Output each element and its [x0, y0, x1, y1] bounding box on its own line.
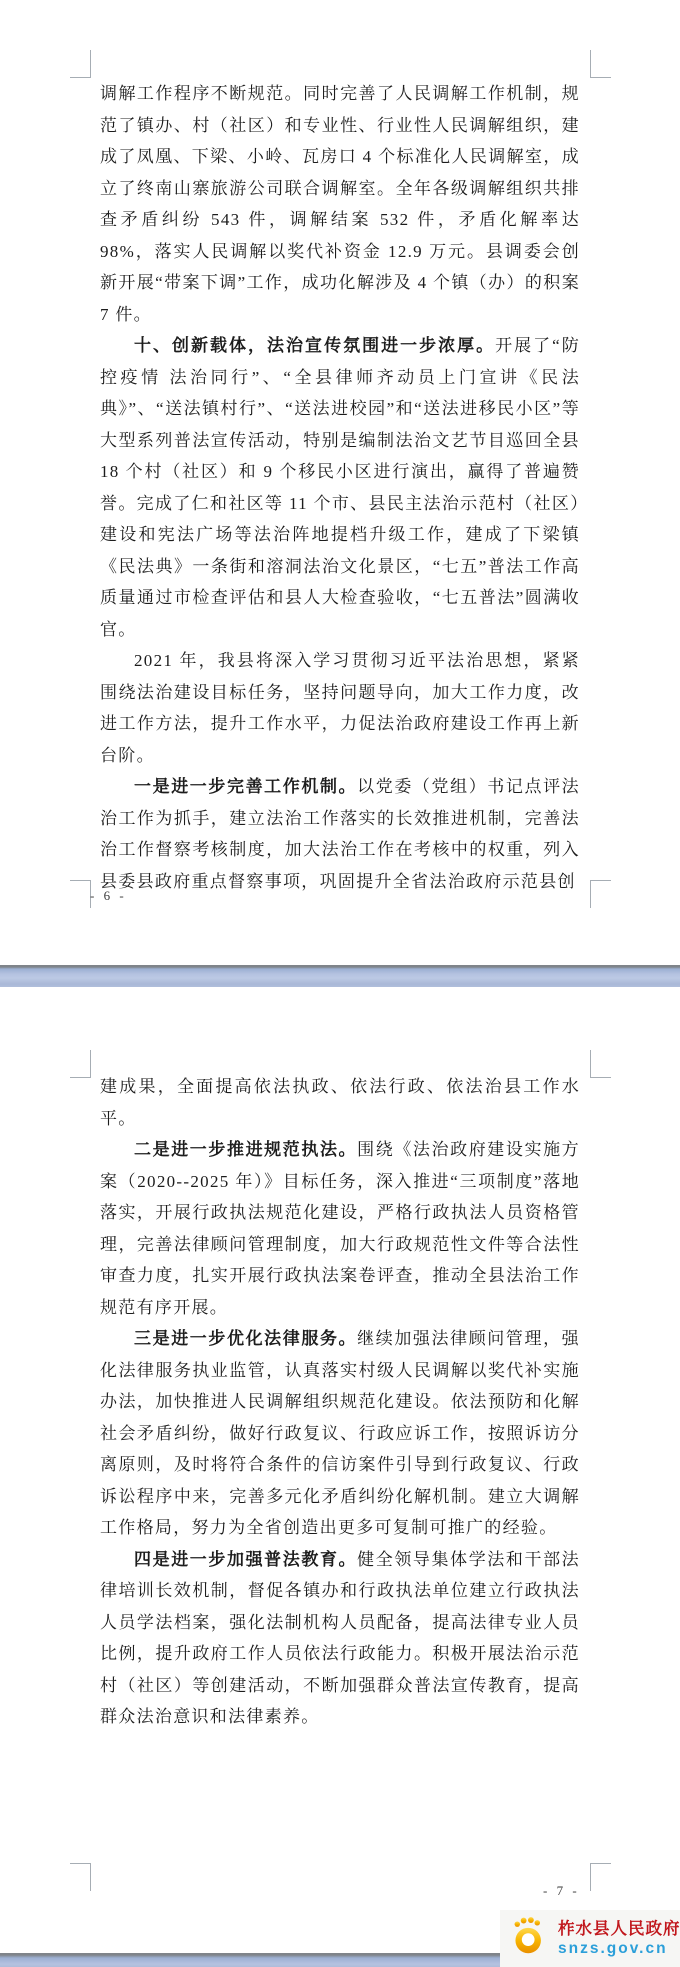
crop-mark [590, 1863, 611, 1891]
paragraph-lead: 二是进一步推进规范执法。 [134, 1140, 357, 1159]
paragraph-lead: 一是进一步完善工作机制。 [134, 777, 357, 796]
paragraph-lead: 四是进一步加强普法教育。 [134, 1550, 357, 1569]
paragraph: 四是进一步加强普法教育。健全领导集体学法和干部法律培训长效机制，督促各镇办和行政… [100, 1544, 580, 1733]
crop-mark [70, 1050, 91, 1078]
page-text-area: 建成果，全面提高依法执政、依法行政、依法治县工作水平。 二是进一步推进规范执法。… [0, 987, 680, 1733]
paragraph-text: 围绕《法治政府建设实施方案（2020--2025 年）》目标任务，深入推进“三项… [100, 1140, 580, 1317]
paragraph-text: 建成果，全面提高依法执政、依法行政、依法治县工作水平。 [100, 1077, 580, 1128]
crop-mark [70, 50, 91, 78]
paragraph: 建成果，全面提高依法执政、依法行政、依法治县工作水平。 [100, 1071, 580, 1134]
crop-mark [590, 50, 611, 78]
page-text-area: 调解工作程序不断规范。同时完善了人民调解工作机制，规范了镇办、村（社区）和专业性… [0, 0, 680, 897]
footprint-logo-icon [510, 1915, 550, 1962]
paragraph: 2021 年，我县将深入学习贯彻习近平法治思想，紧紧围绕法治建设目标任务，坚持问… [100, 645, 580, 771]
paragraph-text: 调解工作程序不断规范。同时完善了人民调解工作机制，规范了镇办、村（社区）和专业性… [100, 84, 580, 324]
page-number: - 6 - [90, 888, 127, 904]
crop-mark [590, 880, 611, 908]
document-page-7: 建成果，全面提高依法执政、依法行政、依法治县工作水平。 二是进一步推进规范执法。… [0, 987, 680, 1953]
paragraph: 十、创新载体，法治宣传氛围进一步浓厚。开展了“防控疫情 法治同行”、“全县律师齐… [100, 330, 580, 645]
crop-mark [70, 880, 91, 908]
paragraph: 一是进一步完善工作机制。以党委（党组）书记点评法治工作为抓手，建立法治工作落实的… [100, 771, 580, 897]
crop-mark [590, 1050, 611, 1078]
paragraph-text: 2021 年，我县将深入学习贯彻习近平法治思想，紧紧围绕法治建设目标任务，坚持问… [100, 651, 580, 765]
page-number: - 7 - [543, 1883, 580, 1899]
document-page-6: 调解工作程序不断规范。同时完善了人民调解工作机制，规范了镇办、村（社区）和专业性… [0, 0, 680, 965]
page-separator-bar [0, 965, 680, 987]
paragraph: 三是进一步优化法律服务。继续加强法律顾问管理，强化法律服务执业监管，认真落实村级… [100, 1323, 580, 1544]
paragraph-text: 开展了“防控疫情 法治同行”、“全县律师齐动员上门宣讲《民法典》”、“送法镇村行… [100, 336, 580, 639]
watermark-site-name: 柞水县人民政府 [558, 1919, 680, 1940]
crop-mark [70, 1863, 91, 1891]
paragraph-text: 继续加强法律顾问管理，强化法律服务执业监管，认真落实村级人民调解以奖代补实施办法… [100, 1329, 580, 1537]
paragraph: 调解工作程序不断规范。同时完善了人民调解工作机制，规范了镇办、村（社区）和专业性… [100, 78, 580, 330]
paragraph-lead: 十、创新载体，法治宣传氛围进一步浓厚。 [134, 336, 495, 355]
paragraph: 二是进一步推进规范执法。围绕《法治政府建设实施方案（2020--2025 年）》… [100, 1134, 580, 1323]
paragraph-text: 健全领导集体学法和干部法律培训长效机制，督促各镇办和行政执法单位建立行政执法人员… [100, 1550, 580, 1727]
site-watermark: 柞水县人民政府 snzs.gov.cn [500, 1910, 680, 1967]
watermark-site-url: snzs.gov.cn [558, 1939, 680, 1958]
paragraph-lead: 三是进一步优化法律服务。 [134, 1329, 357, 1348]
